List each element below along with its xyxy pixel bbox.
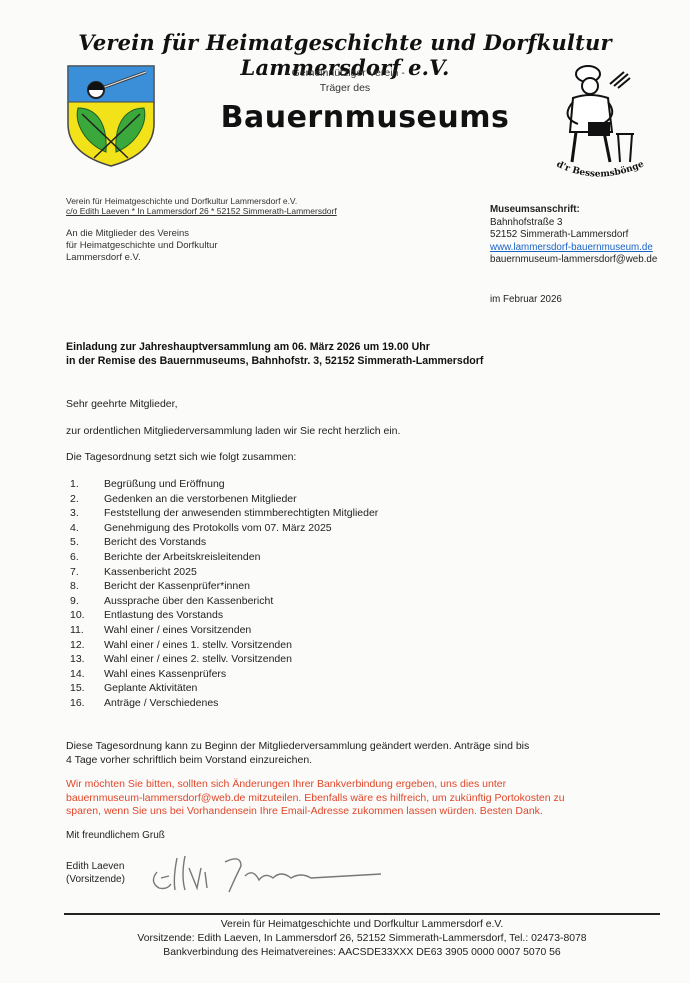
museum-name: Bauernmuseums <box>200 100 530 135</box>
agenda-text: Bericht des Vorstands <box>104 535 206 550</box>
museum-address: Museumsanschrift: Bahnhofstraße 3 52152 … <box>490 204 657 267</box>
agenda-text: Wahl einer / eines 1. stellv. Vorsitzend… <box>104 638 292 653</box>
agenda-text: Aussprache über den Kassenbericht <box>104 594 273 609</box>
letter-date: im Februar 2026 <box>490 294 562 305</box>
agenda-number: 5. <box>66 535 104 550</box>
signer-name: Edith Laeven <box>66 860 125 873</box>
agenda-text: Entlastung des Vorstands <box>104 608 223 623</box>
agenda-item: 1.Begrüßung und Eröffnung <box>66 477 378 492</box>
signer-role: (Vorsitzende) <box>66 873 125 886</box>
agenda-text: Berichte der Arbeitskreisleitenden <box>104 550 260 565</box>
broom-maker-figure-icon: d'r Bessemsbönger <box>548 62 658 187</box>
agenda-number: 10. <box>66 608 104 623</box>
sender-line1: Verein für Heimatgeschichte und Dorfkult… <box>66 196 337 206</box>
signature-icon <box>145 848 385 896</box>
footer-line2: Vorsitzende: Edith Laeven, In Lammersdor… <box>64 932 660 946</box>
agenda-item: 7.Kassenbericht 2025 <box>66 565 378 580</box>
subtitle-line1: - Gemeinnütziger Verein - <box>230 66 460 81</box>
agenda-number: 7. <box>66 565 104 580</box>
notice-line: 4 Tage vorher schriftlich beim Vorstand … <box>66 754 636 768</box>
agenda-text: Gedenken an die verstorbenen Mitglieder <box>104 492 297 507</box>
request-line: Wir möchten Sie bitten, sollten sich Änd… <box>66 778 636 792</box>
subtitle-line2: Träger des <box>230 81 460 96</box>
agenda-text: Begrüßung und Eröffnung <box>104 477 225 492</box>
recipient-line: An die Mitglieder des Vereins <box>66 228 218 240</box>
museum-city: 52152 Simmerath-Lammersdorf <box>490 229 657 242</box>
intro-text: zur ordentlichen Mitgliederversammlung l… <box>66 425 400 438</box>
salutation: Sehr geehrte Mitglieder, <box>66 398 177 411</box>
agenda-number: 11. <box>66 623 104 638</box>
coat-of-arms-icon <box>66 64 156 168</box>
agenda-item: 5.Bericht des Vorstands <box>66 535 378 550</box>
agenda-text: Kassenbericht 2025 <box>104 565 197 580</box>
agenda-number: 9. <box>66 594 104 609</box>
footer-divider <box>64 913 660 915</box>
notice-line: Diese Tagesordnung kann zu Beginn der Mi… <box>66 740 636 754</box>
footer-line3: Bankverbindung des Heimatvereines: AACSD… <box>64 946 660 960</box>
agenda-number: 6. <box>66 550 104 565</box>
agenda-number: 13. <box>66 652 104 667</box>
agenda-item: 3.Feststellung der anwesenden stimmberec… <box>66 506 378 521</box>
agenda-text: Feststellung der anwesenden stimmberecht… <box>104 506 378 521</box>
agenda-number: 8. <box>66 579 104 594</box>
footer: Verein für Heimatgeschichte und Dorfkult… <box>64 918 660 960</box>
agenda-number: 12. <box>66 638 104 653</box>
agenda-item: 13.Wahl einer / eines 2. stellv. Vorsitz… <box>66 652 378 667</box>
agenda-text: Geplante Aktivitäten <box>104 681 197 696</box>
agenda-item: 12.Wahl einer / eines 1. stellv. Vorsitz… <box>66 638 378 653</box>
agenda-notice: Diese Tagesordnung kann zu Beginn der Mi… <box>66 740 636 767</box>
bank-details-request: Wir möchten Sie bitten, sollten sich Änd… <box>66 778 636 819</box>
subject: Einladung zur Jahreshauptversammlung am … <box>66 340 483 368</box>
sender-line: Verein für Heimatgeschichte und Dorfkult… <box>66 196 337 216</box>
museum-email: bauernmuseum-lammersdorf@web.de <box>490 254 657 267</box>
recipient-line: Lammersdorf e.V. <box>66 252 218 264</box>
agenda-text: Anträge / Verschiedenes <box>104 696 218 711</box>
agenda-number: 15. <box>66 681 104 696</box>
agenda-number: 1. <box>66 477 104 492</box>
agenda-number: 4. <box>66 521 104 536</box>
agenda-item: 15.Geplante Aktivitäten <box>66 681 378 696</box>
agenda-item: 10.Entlastung des Vorstands <box>66 608 378 623</box>
sender-line2: c/o Edith Laeven * In Lammersdorf 26 * 5… <box>66 206 337 216</box>
recipient-address: An die Mitglieder des Vereins für Heimat… <box>66 228 218 264</box>
agenda-item: 2.Gedenken an die verstorbenen Mitgliede… <box>66 492 378 507</box>
agenda-text: Bericht der Kassenprüfer*innen <box>104 579 250 594</box>
closing: Mit freundlichem Gruß <box>66 830 165 841</box>
museum-street: Bahnhofstraße 3 <box>490 217 657 230</box>
subtitle: - Gemeinnütziger Verein - Träger des <box>230 66 460 96</box>
request-line: sparen, wenn Sie uns bei Vorhandensein I… <box>66 805 636 819</box>
museum-website-link[interactable]: www.lammersdorf-bauernmuseum.de <box>490 242 653 253</box>
agenda-number: 14. <box>66 667 104 682</box>
agenda-item: 6.Berichte der Arbeitskreisleitenden <box>66 550 378 565</box>
subject-line2: in der Remise des Bauernmuseums, Bahnhof… <box>66 354 483 368</box>
agenda-text: Genehmigung des Protokolls vom 07. März … <box>104 521 332 536</box>
museum-address-heading: Museumsanschrift: <box>490 204 657 217</box>
footer-line1: Verein für Heimatgeschichte und Dorfkult… <box>64 918 660 932</box>
agenda-text: Wahl eines Kassenprüfers <box>104 667 226 682</box>
agenda-number: 16. <box>66 696 104 711</box>
agenda-item: 11.Wahl einer / eines Vorsitzenden <box>66 623 378 638</box>
agenda-item: 14.Wahl eines Kassenprüfers <box>66 667 378 682</box>
recipient-line: für Heimatgeschichte und Dorfkultur <box>66 240 218 252</box>
subject-line1: Einladung zur Jahreshauptversammlung am … <box>66 340 483 354</box>
agenda-number: 3. <box>66 506 104 521</box>
agenda-text: Wahl einer / eines 2. stellv. Vorsitzend… <box>104 652 292 667</box>
agenda-item: 8.Bericht der Kassenprüfer*innen <box>66 579 378 594</box>
agenda-item: 4.Genehmigung des Protokolls vom 07. Mär… <box>66 521 378 536</box>
signer: Edith Laeven (Vorsitzende) <box>66 860 125 886</box>
agenda-number: 2. <box>66 492 104 507</box>
request-line: bauernmuseum-lammersdorf@web.de mitzutei… <box>66 792 636 806</box>
agenda-item: 9.Aussprache über den Kassenbericht <box>66 594 378 609</box>
agenda-item: 16.Anträge / Verschiedenes <box>66 696 378 711</box>
agenda-list: 1.Begrüßung und Eröffnung2.Gedenken an d… <box>66 477 378 711</box>
agenda-intro: Die Tagesordnung setzt sich wie folgt zu… <box>66 451 296 464</box>
agenda-text: Wahl einer / eines Vorsitzenden <box>104 623 251 638</box>
